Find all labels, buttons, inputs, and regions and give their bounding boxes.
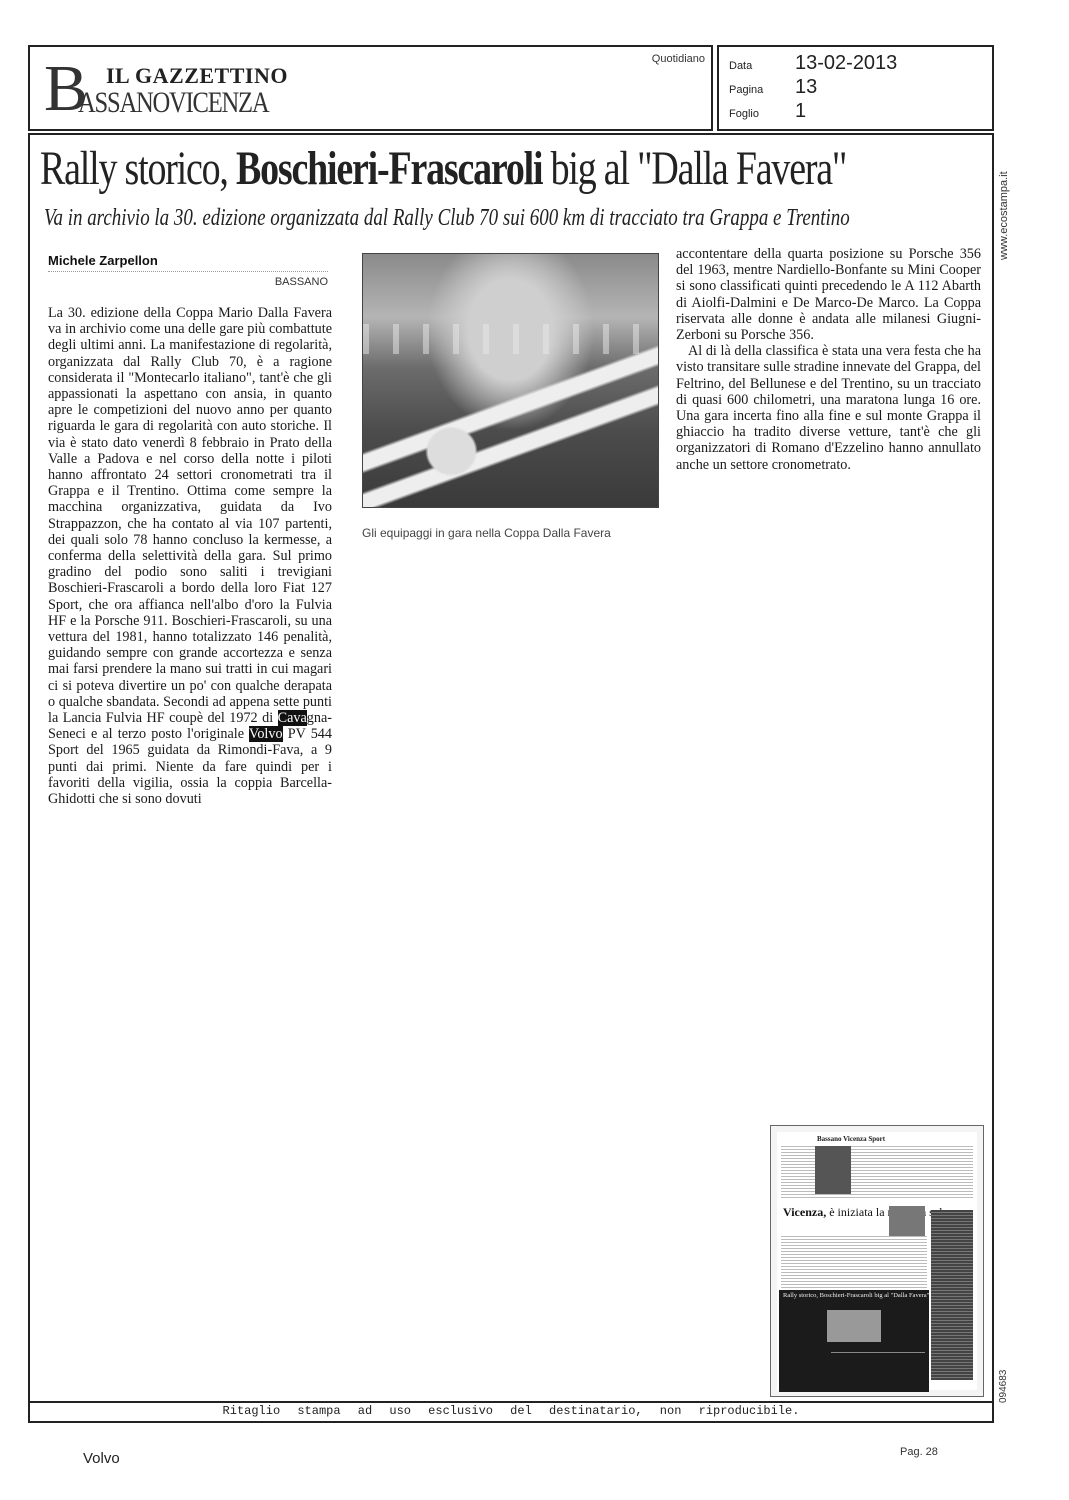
publication-meta-box: Data 13-02-2013 Pagina 13 Foglio 1 <box>717 45 994 131</box>
side-code-label: 094683 <box>998 1345 1018 1405</box>
meta-label: Foglio <box>729 108 779 120</box>
photo-detail <box>363 324 658 354</box>
thumbnail-article-image <box>827 1310 881 1342</box>
author-byline: Michele Zarpellon <box>48 253 158 268</box>
thumbnail-columns <box>781 1236 927 1290</box>
thumbnail-headline-bold: Vicenza, <box>783 1205 826 1219</box>
url-text: www.ecostampa.it <box>998 171 1010 260</box>
meta-label: Data <box>729 60 779 72</box>
highlighted-keyword: Volvo <box>249 726 283 742</box>
thumbnail-text-block <box>781 1146 973 1198</box>
dateline: BASSANO <box>48 276 328 288</box>
thumbnail-article-box <box>831 1352 925 1389</box>
thumbnail-article-title: Rally storico, Boschieri-Frascaroli big … <box>783 1292 929 1299</box>
paragraph: La 30. edizione della Coppa Mario Dalla … <box>48 305 332 807</box>
byline-divider <box>48 271 328 272</box>
article-photo <box>362 253 659 508</box>
masthead-box: B IL GAZZETTINO ASSANOVICENZA Quotidiano <box>28 45 713 131</box>
article-subheadline: Va in archivio la 30. edizione organizza… <box>44 205 802 232</box>
code-text: 094683 <box>998 1370 1009 1403</box>
thumbnail-highlighted-article: Rally storico, Boschieri-Frascaroli big … <box>779 1290 929 1392</box>
thumbnail-page: Bassano Vicenza Sport Vicenza, è iniziat… <box>777 1132 977 1390</box>
article-column-1: La 30. edizione della Coppa Mario Dalla … <box>48 305 332 807</box>
side-url-label: www.ecostampa.it <box>998 140 1018 260</box>
headline-bold: Boschieri-Frascaroli <box>236 142 542 195</box>
meta-value-page: 13 <box>795 76 817 99</box>
thumbnail-image <box>815 1146 851 1194</box>
article-clipping: Rally storico, Boschieri-Frascaroli big … <box>28 133 994 1423</box>
publication-type: Quotidiano <box>652 53 705 65</box>
logo-bottom-line: ASSANOVICENZA <box>78 87 268 119</box>
reproduction-notice: Ritaglio stampa ad uso esclusivo del des… <box>30 1401 992 1421</box>
headline-part: big al "Dalla Favera" <box>542 142 846 195</box>
thumbnail-sidebar <box>931 1210 973 1380</box>
article-headline: Rally storico, Boschieri-Frascaroli big … <box>40 143 791 195</box>
footer-keyword: Volvo <box>83 1450 120 1467</box>
article-column-3: accontentare della quarta posizione su P… <box>676 246 981 473</box>
footer-page-number: Pag. 28 <box>900 1446 938 1458</box>
paragraph: Al di là della classifica è stata una ve… <box>676 343 981 473</box>
meta-label: Pagina <box>729 84 779 96</box>
headline-part: Rally storico, <box>40 142 236 195</box>
page-thumbnail: Bassano Vicenza Sport Vicenza, è iniziat… <box>770 1125 984 1397</box>
thumbnail-section: Bassano Vicenza Sport <box>817 1135 885 1143</box>
paragraph: accontentare della quarta posizione su P… <box>676 246 981 343</box>
photo-caption: Gli equipaggi in gara nella Coppa Dalla … <box>362 526 611 540</box>
body-text: La 30. edizione della Coppa Mario Dalla … <box>48 305 332 726</box>
highlighted-text: Cava <box>278 710 307 726</box>
meta-value-sheet: 1 <box>795 100 806 123</box>
meta-value-date: 13-02-2013 <box>795 52 897 75</box>
